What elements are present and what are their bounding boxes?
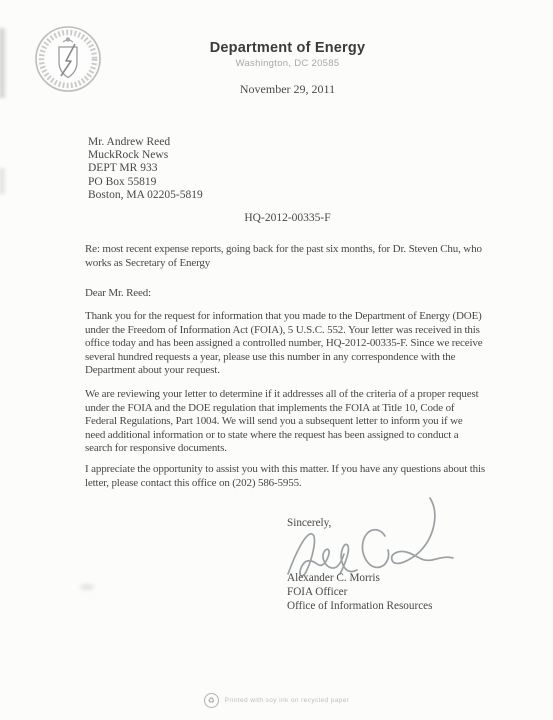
salutation: Dear Mr. Reed:	[85, 287, 485, 301]
signer-title: FOIA Officer	[287, 586, 433, 600]
scanned-letter-page: Department of Energy Washington, DC 2058…	[0, 0, 553, 720]
letter-date: November 29, 2011	[105, 82, 470, 97]
case-number: HQ-2012-00335-F	[105, 212, 470, 224]
footer-text: Printed with soy ink on recycled paper	[225, 697, 350, 704]
agency-address: Washington, DC 20585	[105, 58, 470, 69]
footer: ♻ Printed with soy ink on recycled paper	[0, 693, 553, 708]
signature-block: Alexander C. Morris FOIA Officer Office …	[287, 572, 433, 613]
scan-artifact	[0, 28, 7, 98]
recipient-dept: DEPT MR 933	[88, 162, 203, 175]
scan-artifact	[80, 584, 94, 590]
recipient-name: Mr. Andrew Reed	[88, 136, 203, 149]
recipient-org: MuckRock News	[88, 149, 203, 162]
paragraph-3: I appreciate the opportunity to assist y…	[85, 463, 485, 490]
scan-artifact	[0, 168, 7, 194]
doe-seal-icon	[33, 24, 103, 94]
paragraph-2: We are reviewing your letter to determin…	[85, 388, 485, 456]
signer-office: Office of Information Resources	[287, 600, 433, 614]
recipient-address-block: Mr. Andrew Reed MuckRock News DEPT MR 93…	[88, 136, 203, 202]
paragraph-1: Thank you for the request for informatio…	[85, 310, 485, 378]
re-line: Re: most recent expense reports, going b…	[85, 243, 485, 270]
recipient-pobox: PO Box 55819	[88, 176, 203, 189]
recycle-icon: ♻	[204, 693, 219, 708]
signer-name: Alexander C. Morris	[287, 572, 433, 586]
agency-title: Department of Energy	[105, 40, 470, 56]
recipient-city: Boston, MA 02205-5819	[88, 189, 203, 202]
